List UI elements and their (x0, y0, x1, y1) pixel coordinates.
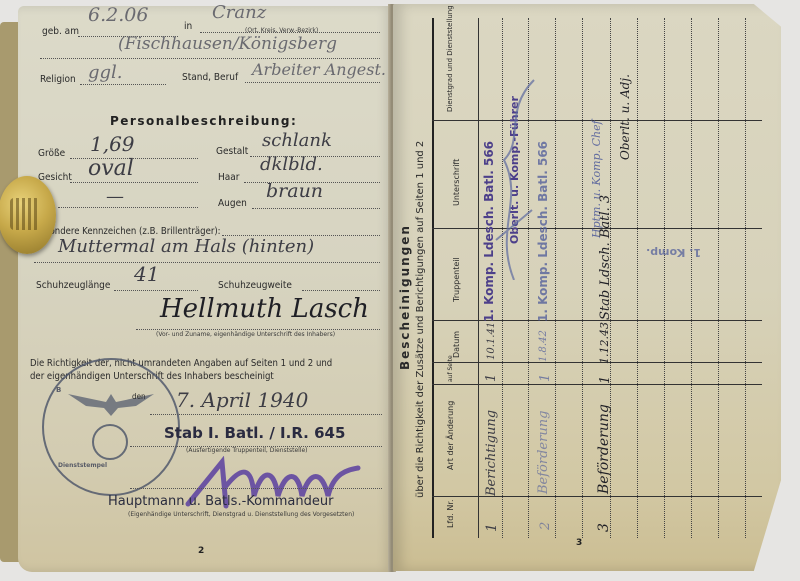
officer-signature: Nauen (210, 458, 213, 459)
row-line (691, 18, 692, 538)
height-label: Größe (38, 148, 65, 159)
page-number-right: 3 (576, 538, 582, 548)
unit-stamp: Stab I. Batl. / I.R. 645 (164, 424, 345, 442)
row-line (745, 18, 746, 538)
holder-signature-hint: (Vor- und Zuname, eigenhändige Unterschr… (156, 331, 335, 338)
coin-object (0, 176, 56, 254)
row1-signature-scrawl (484, 60, 544, 280)
faint-unit-stamp: 1. Komp. (646, 246, 701, 259)
unit-hint: (Ausfertigende Truppenteil, Dienststelle… (186, 447, 308, 454)
distinguishing-marks-value: Muttermal am Hals (hinten) (58, 236, 314, 257)
col-header-nr: Lfd. Nr. (446, 499, 455, 528)
eyes-line (252, 208, 380, 209)
row1-art: Berichtigung (484, 410, 499, 496)
officer-hint: (Eigenhändige Unterschrift, Dienstgrad u… (128, 511, 354, 518)
eyes-label: Augen (218, 198, 247, 209)
row3-seite: 1 (598, 376, 613, 384)
row3-art: Beförderung (596, 404, 612, 494)
beard-value: — (106, 186, 124, 207)
height-value: 1,69 (90, 132, 135, 156)
stand-beruf-value: Arbeiter Angest. (252, 60, 386, 79)
col-header-seite: auf Seite (446, 355, 455, 382)
right-page-title: Bescheinigungen (398, 224, 412, 370)
shoe-length-value: 41 (134, 262, 159, 286)
face-line (70, 182, 198, 183)
row3-nr: 3 (596, 523, 612, 532)
row2-nr: 2 (538, 522, 553, 530)
hair-value: dklbld. (260, 154, 323, 175)
row-line (582, 18, 583, 538)
holder-signature: Hellmuth Lasch (160, 294, 369, 324)
col-sep-art (432, 496, 762, 497)
shoe-width-line (302, 290, 380, 291)
issue-date-line (150, 414, 382, 415)
coin-relief (10, 198, 40, 230)
shoe-length-label: Schuhzeuglänge (36, 280, 110, 291)
face-value: oval (88, 156, 134, 181)
holder-signature-line (136, 329, 380, 330)
photo-scene: geb. am 6.2.06 in Cranz (Ort, Kreis, Ver… (0, 0, 800, 581)
col-header-truppenteil: Truppenteil (452, 257, 461, 302)
right-page-subtitle: über die Richtigkeit der Zusätze und Ber… (415, 141, 426, 498)
col-header-datum: Datum (452, 331, 461, 358)
row1-seite: 1 (484, 374, 499, 382)
official-stamp: B Dienststempel (42, 358, 180, 496)
shoe-length-line (114, 290, 198, 291)
issue-date: 7. April 1940 (176, 388, 308, 412)
stand-beruf-line (245, 82, 380, 83)
wreath-emblem-icon (92, 424, 128, 460)
stamp-label: Dienststempel (58, 462, 107, 469)
eyes-value: braun (266, 180, 323, 202)
religion-value: ggl. (88, 62, 123, 83)
col-header-unterschrift: Unterschrift (452, 159, 461, 206)
row-line (555, 18, 556, 538)
row2-seite: 1 (538, 374, 553, 382)
birth-place-value: Cranz (212, 2, 266, 23)
row-line (664, 18, 665, 538)
officer-rank: Hauptmann u. Batls.-Kommandeur (108, 494, 333, 509)
page-number-left: 2 (198, 546, 204, 556)
row2-datum: 1.8.42 (538, 330, 549, 362)
row-line (718, 18, 719, 538)
distinguishing-marks-line2 (34, 262, 380, 263)
face-label: Gesicht (38, 172, 72, 183)
personal-description-heading: Personalbeschreibung: (110, 114, 297, 128)
row1-nr: 1 (484, 523, 500, 532)
religion-label: Religion (40, 74, 76, 85)
stand-beruf-label: Stand, Beruf (182, 72, 238, 83)
build-label: Gestalt (216, 146, 248, 157)
birth-place-line2 (40, 58, 380, 59)
row-line (637, 18, 638, 538)
col-sep-datum (432, 362, 762, 363)
birth-place-hint: (Ort, Kreis, Verw.-Bezirk) (245, 27, 318, 34)
birth-place-value-line2: (Fischhausen/Königsberg (118, 34, 337, 54)
row2-art: Beförderung (536, 411, 551, 494)
table-header-border (478, 18, 479, 538)
table-left-border (432, 18, 434, 538)
col-header-dienstgrad: Dienstgrad und Dienststellung (446, 5, 455, 112)
shoe-width-label: Schuhzeugweite (218, 280, 292, 291)
row2-truppenteil: 1. Komp. Ldesch. Batl. 566 (536, 141, 550, 322)
birth-date-value: 6.2.06 (88, 4, 148, 26)
hair-label: Haar (218, 172, 240, 183)
col-sep-seite (432, 384, 762, 385)
den-label: den (132, 392, 146, 401)
birth-place-label: in (184, 21, 192, 32)
build-value: schlank (262, 130, 332, 151)
religion-line (80, 84, 166, 85)
row3-unterschrift: Oberlt. u. Adj. (618, 74, 632, 160)
row1-datum: 10.1.41 (486, 322, 497, 360)
col-header-art: Art der Änderung (446, 401, 455, 470)
birth-date-label: geb. am (42, 26, 79, 37)
row3-truppenteil: Stab Ldsch. Batl. 3 (598, 195, 613, 320)
row3-datum: 1.12.43 (598, 322, 611, 364)
officer-signature-line (130, 488, 382, 489)
stamp-letter: B (56, 386, 61, 394)
beard-line (58, 207, 198, 208)
